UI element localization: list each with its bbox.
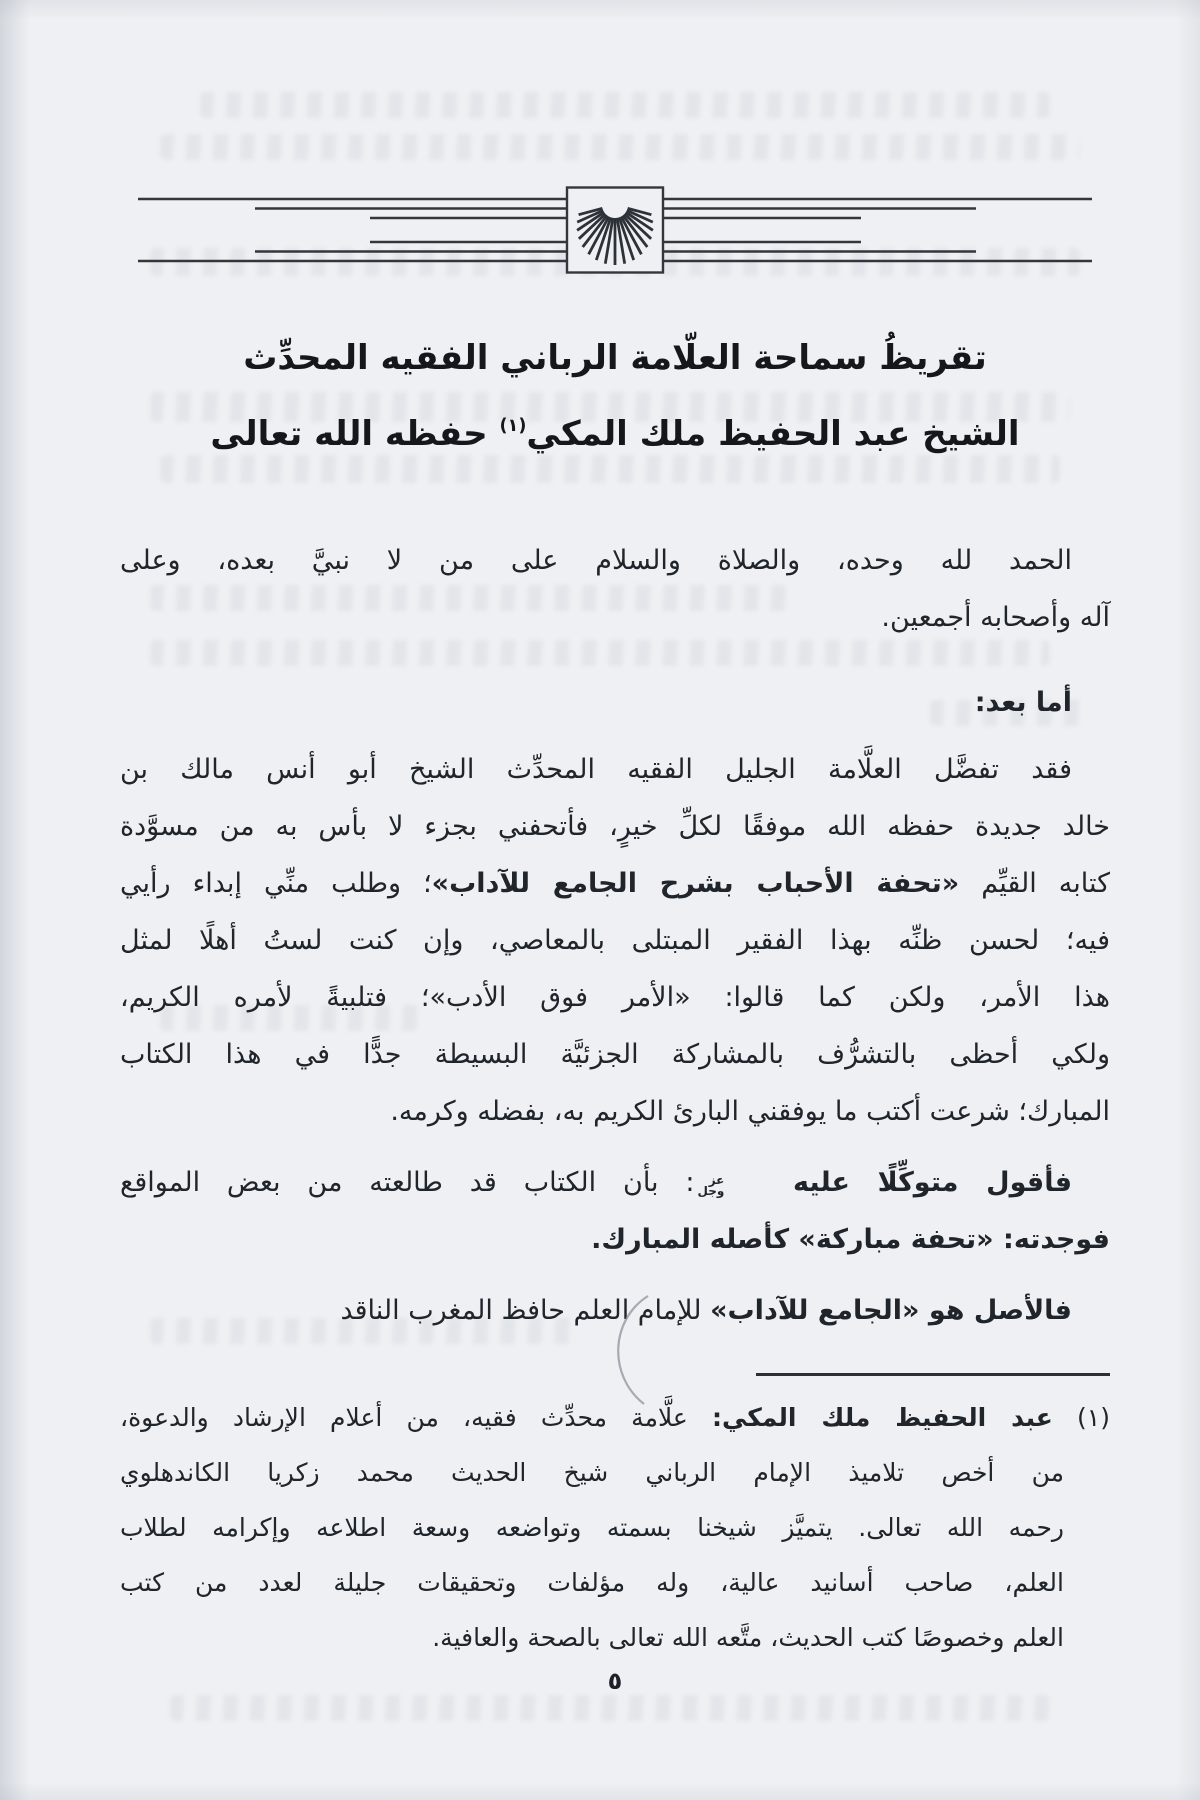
body-line: آله وأصحابه أجمعين. bbox=[120, 589, 1110, 646]
footnote: (١) عبد الحفيظ ملك المكي: علَّامة محدِّث… bbox=[120, 1390, 1110, 1665]
bleed-through-artifact bbox=[170, 1695, 1050, 1721]
body-line: فقد تفضَّل العلَّامة الجليل الفقيه المحد… bbox=[120, 741, 1110, 798]
bleed-through-artifact bbox=[200, 92, 1050, 118]
body-line: خالد جديدة حفظه الله موفقًا لكلِّ خيرٍ، … bbox=[120, 798, 1110, 855]
page-title: تقريظُ سماحة العلّامة الرباني الفقيه الم… bbox=[120, 324, 1110, 468]
body-line: فوجدته: «تحفة مباركة» كأصله المبارك. bbox=[120, 1211, 1110, 1268]
paragraph-amma-baad: أما بعد: bbox=[120, 674, 1110, 731]
page-content: تقريظُ سماحة العلّامة الرباني الفقيه الم… bbox=[120, 186, 1110, 1695]
footnote-line: من أخص تلاميذ الإمام الرباني شيخ الحديث … bbox=[120, 1445, 1110, 1500]
scan-artifact-curve-icon bbox=[586, 1292, 670, 1410]
paragraph-main: فقد تفضَّل العلَّامة الجليل الفقيه المحد… bbox=[120, 741, 1110, 1140]
paragraph-opinion: فأقول متوكِّلًا عليه عزوجل: بأن الكتاب ق… bbox=[120, 1154, 1110, 1268]
page-number: ٥ bbox=[120, 1667, 1110, 1695]
footnote-line: العلم وخصوصًا كتب الحديث، متَّعه الله تع… bbox=[120, 1610, 1110, 1665]
body-text: الحمد لله وحده، والصلاة والسلام على من ل… bbox=[120, 532, 1110, 1339]
sunburst-icon bbox=[120, 186, 1110, 274]
body-line: فأقول متوكِّلًا عليه عزوجل: بأن الكتاب ق… bbox=[120, 1154, 1110, 1211]
body-line: هذا الأمر، ولكن كما قالوا: «الأمر فوق ال… bbox=[120, 969, 1110, 1026]
body-line: كتابه القيِّم «تحفة الأحباب بشرح الجامع … bbox=[120, 855, 1110, 912]
bleed-through-artifact bbox=[160, 134, 1080, 160]
body-line: المبارك؛ شرعت أكتب ما يوفقني البارئ الكر… bbox=[120, 1083, 1110, 1140]
footnote-line: رحمه الله تعالى. يتميَّز شيخنا بسمته وتو… bbox=[120, 1500, 1110, 1555]
title-line-1: تقريظُ سماحة العلّامة الرباني الفقيه الم… bbox=[120, 324, 1110, 392]
title-line-2: الشيخ عبد الحفيظ ملك المكي(١) حفظه الله … bbox=[120, 392, 1110, 468]
body-line: ولكي أحظى بالتشرُّف بالمشاركة الجزئيَّة … bbox=[120, 1026, 1110, 1083]
footnote-line: العلم، صاحب أسانيد عالية، وله مؤلفات وتح… bbox=[120, 1555, 1110, 1610]
book-page: تقريظُ سماحة العلّامة الرباني الفقيه الم… bbox=[0, 0, 1200, 1800]
body-line: فيه؛ لحسن ظنِّه بهذا الفقير المبتلى بالم… bbox=[120, 912, 1110, 969]
ornament-divider bbox=[120, 186, 1110, 274]
body-line: أما بعد: bbox=[120, 674, 1110, 731]
footnote-separator bbox=[756, 1373, 1110, 1376]
paragraph-hamd: الحمد لله وحده، والصلاة والسلام على من ل… bbox=[120, 532, 1110, 646]
body-line: الحمد لله وحده، والصلاة والسلام على من ل… bbox=[120, 532, 1110, 589]
azza-wa-jall-honorific: عزوجل bbox=[698, 1175, 763, 1197]
